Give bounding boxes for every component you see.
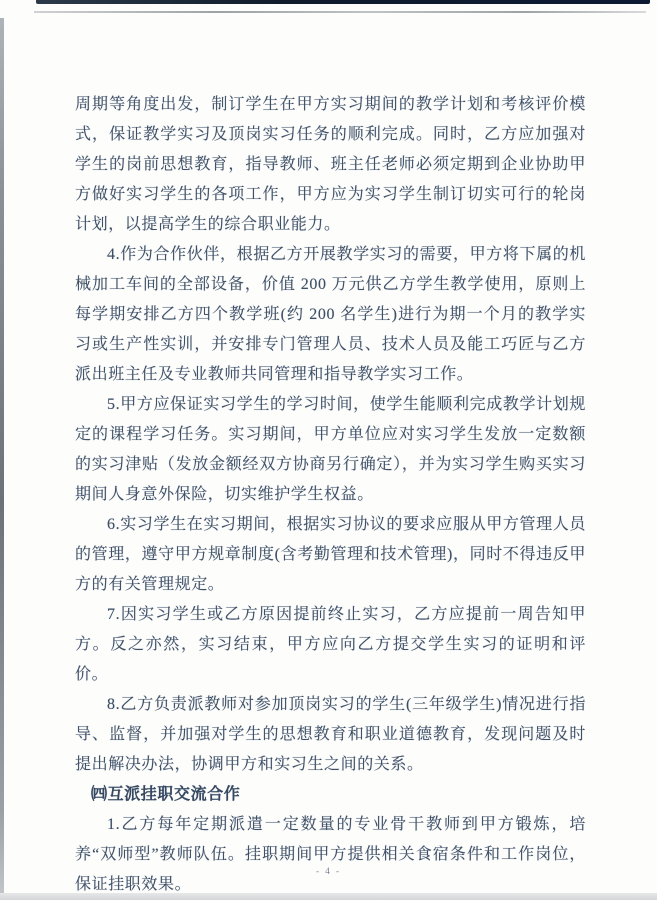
page-number: - 4 -: [0, 866, 657, 876]
scan-edge-left-artifact: [0, 18, 4, 900]
document-body: 周期等角度出发，制订学生在甲方实习期间的教学计划和考核评价模式，保证教学实习及顶…: [75, 90, 586, 900]
paragraph-item-5: 5.甲方应保证实习学生的学习时间，使学生能顺利完成教学计划规定的课程学习任务。实…: [75, 390, 586, 510]
paragraph-continuation: 周期等角度出发，制订学生在甲方实习期间的教学计划和考核评价模式，保证教学实习及顶…: [75, 90, 586, 240]
section-heading-four: ㈣互派挂职交流合作: [75, 780, 586, 810]
scan-line-artifact: [34, 11, 646, 13]
paragraph-item-4: 4.作为合作伙伴，根据乙方开展教学实习的需要，甲方将下属的机械加工车间的全部设备…: [75, 240, 586, 390]
paragraph-item-7: 7.因实习学生或乙方原因提前终止实习，乙方应提前一周告知甲方。反之亦然，实习结束…: [75, 600, 586, 690]
paragraph-item-6: 6.实习学生在实习期间，根据实习协议的要求应服从甲方管理人员的管理，遵守甲方规章…: [75, 510, 586, 600]
scanned-document-page: 周期等角度出发，制订学生在甲方实习期间的教学计划和考核评价模式，保证教学实习及顶…: [0, 0, 657, 900]
paragraph-item-8: 8.乙方负责派教师对参加顶岗实习的学生(三年级学生)情况进行指导、监督，并加强对…: [75, 690, 586, 780]
paragraph-exchange-item-1: 1.乙方每年定期派遣一定数量的专业骨干教师到甲方锻炼，培养“双师型”教师队伍。挂…: [75, 810, 586, 900]
scan-edge-top-artifact: [36, 0, 650, 4]
